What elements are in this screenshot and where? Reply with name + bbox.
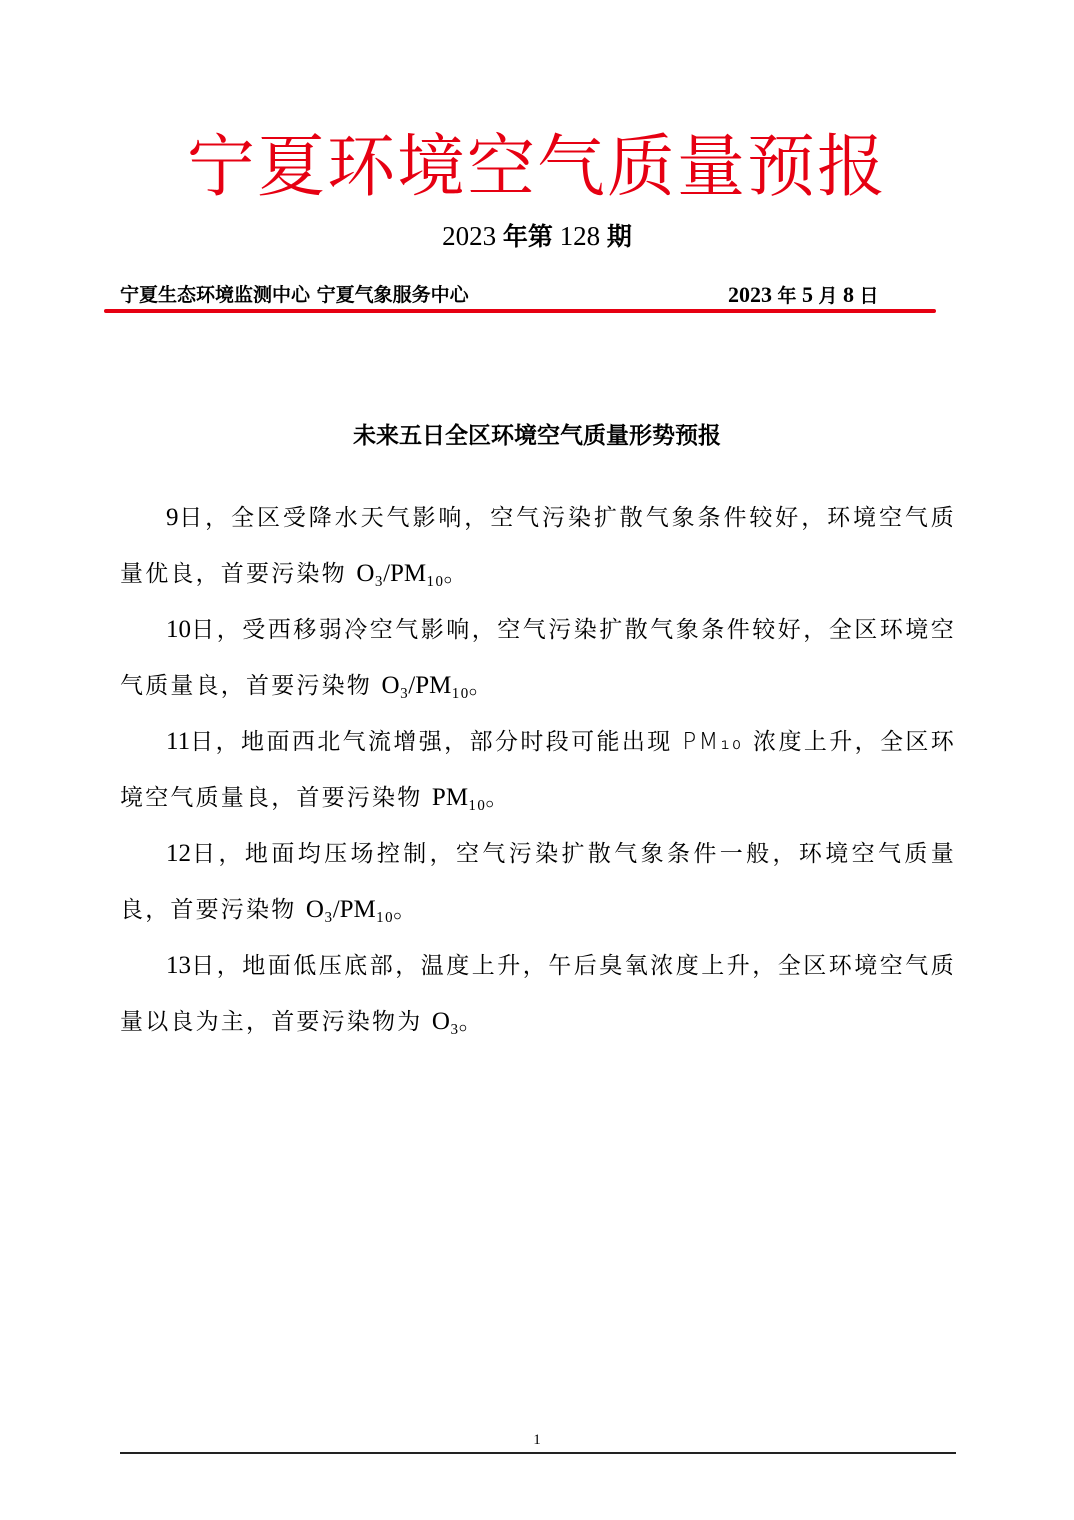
issue-number: 2023 年第 128 期 xyxy=(0,218,1074,255)
page-number: 1 xyxy=(0,1432,1074,1449)
forecast-paragraph: 9日，全区受降水天气影响，空气污染扩散气象条件较好，环境空气质量优良，首要污染物… xyxy=(120,490,956,602)
forecast-paragraph: 11日，地面西北气流增强，部分时段可能出现 PM₁₀ 浓度上升，全区环境空气质量… xyxy=(120,714,956,826)
footer-divider xyxy=(120,1452,956,1454)
red-divider xyxy=(104,309,936,313)
publish-date: 2023 年 5 月 8 日 xyxy=(728,280,879,311)
masthead-title: 宁夏环境空气质量预报 xyxy=(0,128,1074,208)
forecast-paragraph: 12日，地面均压场控制，空气污染扩散气象条件一般，环境空气质量良，首要污染物 O… xyxy=(120,826,956,938)
publisher-line: 宁夏生态环境监测中心 宁夏气象服务中心 2023 年 5 月 8 日 xyxy=(120,280,920,310)
section-title: 未来五日全区环境空气质量形势预报 xyxy=(0,418,1074,454)
forecast-body: 9日，全区受降水天气影响，空气污染扩散气象条件较好，环境空气质量优良，首要污染物… xyxy=(120,490,956,1050)
publisher-organizations: 宁夏生态环境监测中心 宁夏气象服务中心 xyxy=(120,280,469,310)
forecast-paragraph: 10日，受西移弱冷空气影响，空气污染扩散气象条件较好，全区环境空气质量良，首要污… xyxy=(120,602,956,714)
forecast-paragraph: 13日，地面低压底部，温度上升，午后臭氧浓度上升，全区环境空气质量以良为主，首要… xyxy=(120,938,956,1050)
